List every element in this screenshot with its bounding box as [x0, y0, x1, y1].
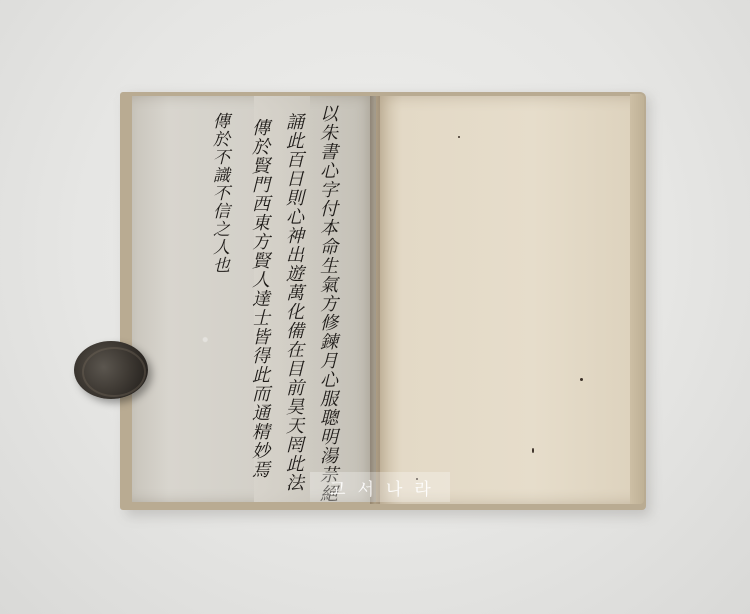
calligraphy-column-1: 以朱書心字付本命生氣方修鍊月心服聰明湯䒬絕	[318, 104, 336, 504]
calligraphy-column-2: 誦此百日則心神出遊萬化備在目前昊天罔此法	[284, 112, 302, 502]
paper-stain	[580, 378, 583, 381]
right-page-blank	[376, 96, 638, 504]
paper-stain	[458, 136, 460, 138]
watermark-text: 고서나라	[310, 472, 450, 502]
paper-stain	[532, 448, 534, 453]
brass-seal-rim	[82, 347, 146, 397]
calligraphy-column-4: 傳於不識不信之人也	[210, 112, 227, 282]
book-spine-gutter	[370, 96, 380, 504]
calligraphy-column-3: 傳於賢門西東方賢人達士皆得此而通精妙焉	[250, 118, 268, 502]
page-edges	[630, 94, 644, 504]
